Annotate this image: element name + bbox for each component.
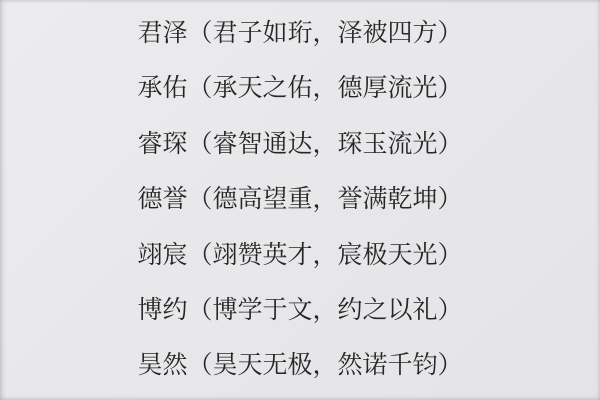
name-meaning: （君子如珩，泽被四方） bbox=[188, 19, 463, 47]
name-meaning: （博学于文，约之以礼） bbox=[188, 296, 463, 324]
name-entry: 承佑（承天之佑，德厚流光） bbox=[0, 61, 600, 116]
name-entry: 翊宸（翊赞英才，宸极天光） bbox=[0, 228, 600, 283]
name-meaning: （昊天无极，然诺千钧） bbox=[188, 351, 463, 379]
name-entry: 睿琛（睿智通达，琛玉流光） bbox=[0, 117, 600, 172]
name-entry: 博约（博学于文，约之以礼） bbox=[0, 283, 600, 338]
given-name: 翊宸 bbox=[137, 241, 187, 269]
name-meaning: （承天之佑，德厚流光） bbox=[188, 74, 463, 102]
name-entry: 昊然（昊天无极，然诺千钧） bbox=[0, 338, 600, 393]
given-name: 承佑 bbox=[137, 74, 187, 102]
name-entry: 德誉（德高望重，誉满乾坤） bbox=[0, 172, 600, 227]
given-name: 昊然 bbox=[137, 351, 187, 379]
given-name: 睿琛 bbox=[137, 130, 187, 158]
given-name: 博约 bbox=[137, 296, 187, 324]
given-name: 德誉 bbox=[137, 185, 187, 213]
name-meaning: （德高望重，誉满乾坤） bbox=[188, 185, 463, 213]
name-meaning: （翊赞英才，宸极天光） bbox=[188, 241, 463, 269]
given-name: 君泽 bbox=[137, 19, 187, 47]
name-entry: 君泽（君子如珩，泽被四方） bbox=[0, 6, 600, 61]
name-list-card: 君泽（君子如珩，泽被四方） 承佑（承天之佑，德厚流光） 睿琛（睿智通达，琛玉流光… bbox=[0, 0, 600, 400]
name-meaning: （睿智通达，琛玉流光） bbox=[188, 130, 463, 158]
